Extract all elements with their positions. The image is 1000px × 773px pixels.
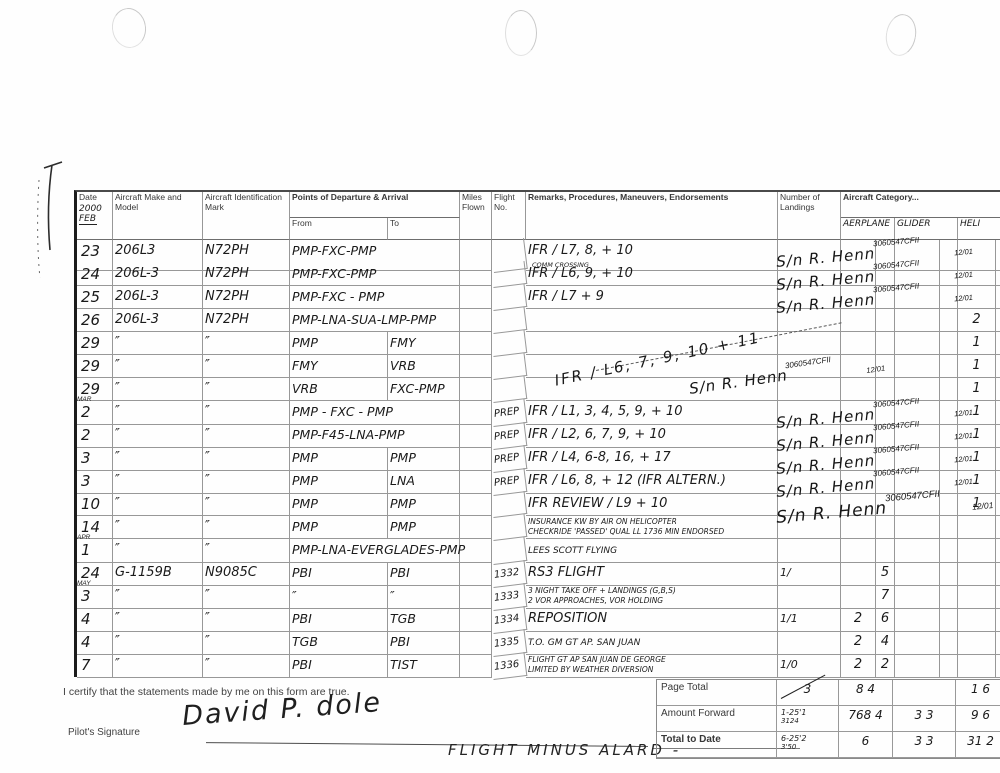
route-cell: PMP-LNA-EVERGLADES-PMP: [290, 539, 460, 563]
category-hours-cell: [841, 493, 876, 516]
category-hours-cell: [841, 562, 876, 586]
header-category-glider: GLIDER: [895, 218, 958, 240]
category-hours-cell: [996, 309, 1000, 332]
to-cell: VRB: [388, 355, 460, 378]
landings-cell: [778, 424, 841, 448]
page-total-landings: 3: [777, 680, 839, 706]
miles-flown-cell: [460, 654, 492, 678]
category-hours-cell: [841, 424, 876, 448]
landings-cell: [778, 263, 841, 286]
header-date: Date 2000 FEB: [77, 192, 113, 240]
landings-cell: 1/1: [778, 608, 841, 632]
category-hours-cell: 1: [958, 332, 996, 355]
amount-forward-note-line2: 3124: [781, 717, 834, 725]
ident-mark-cell: ″: [203, 424, 290, 448]
ident-mark-cell: ″: [203, 332, 290, 355]
category-hours-cell: [876, 516, 895, 539]
bottom-handwritten-note: FLIGHT MINUS ALARD -: [448, 741, 681, 759]
from-cell: PMP: [290, 516, 388, 539]
logbook-table: Date 2000 FEB Aircraft Make and Model Ai…: [74, 190, 1000, 677]
header-category: Aircraft Category...: [841, 192, 1000, 218]
category-hours-cell: [958, 539, 996, 563]
date-cell: MAY3: [77, 585, 113, 609]
category-hours-cell: [876, 309, 895, 332]
make-model-cell: ″: [113, 516, 203, 539]
miles-flown-cell: [460, 263, 492, 286]
category-hours-cell: [958, 263, 996, 286]
category-hours-cell: [876, 378, 895, 401]
category-hours-cell: [940, 309, 958, 332]
category-hours-cell: [876, 263, 895, 286]
date-cell: 26: [77, 309, 113, 332]
remarks-cell: IFR / L1, 3, 4, 5, 9, + 10: [526, 401, 778, 425]
table-header: Date 2000 FEB Aircraft Make and Model Ai…: [77, 192, 1000, 240]
to-cell: PMP: [388, 516, 460, 539]
miles-flown-cell: [460, 493, 492, 516]
category-hours-cell: [876, 470, 895, 494]
amount-forward-label: Amount Forward: [657, 706, 777, 732]
table-row: 14″″PMPPMPINSURANCE KW BY AIR ON HELICOP…: [77, 516, 1000, 539]
category-hours-cell: [895, 332, 940, 355]
header-date-label: Date: [79, 192, 97, 202]
date-cell: 29: [77, 332, 113, 355]
date-cell: 25: [77, 286, 113, 309]
category-hours-cell: [996, 631, 1000, 655]
category-hours-cell: [895, 493, 940, 516]
table-row: MAR2″″PMP - FXC - PMPPREPIFR / L1, 3, 4,…: [77, 401, 1000, 424]
category-hours-cell: [940, 263, 958, 286]
totals-box: Page Total 3 8 4 1 6 Amount Forward 1-25…: [656, 679, 1000, 759]
header-landings: Number of Landings: [778, 192, 841, 240]
remarks-cell: IFR / L6, 9, + 10: [526, 263, 778, 286]
miles-flown-cell: [460, 332, 492, 355]
to-cell: TIST: [388, 654, 460, 678]
category-hours-cell: 2: [841, 608, 876, 632]
category-hours-cell: [876, 286, 895, 309]
miles-flown-cell: [460, 585, 492, 609]
date-cell: 4: [77, 608, 113, 632]
category-hours-cell: [958, 608, 996, 632]
remarks-cell: IFR / L7 + 9: [526, 286, 778, 309]
route-cell: PMP-LNA-SUA-LMP-PMP: [290, 309, 460, 332]
ident-mark-cell: ″: [203, 447, 290, 471]
category-hours-cell: [841, 355, 876, 378]
to-cell: PBI: [388, 562, 460, 586]
date-value: 2: [79, 425, 110, 445]
category-hours-cell: [958, 562, 996, 586]
remarks-cell: 3 NIGHT TAKE OFF + LANDINGS (G,B,S)2 VOR…: [526, 585, 778, 609]
total-to-date-glider: 3 3: [893, 732, 956, 758]
to-cell: LNA: [388, 470, 460, 494]
category-hours-cell: [895, 447, 940, 471]
landings-cell: [778, 539, 841, 563]
remark-line-2: LIMITED BY WEATHER DIVERSION: [528, 665, 775, 675]
miles-flown-cell: [460, 631, 492, 655]
category-hours-cell: [940, 516, 958, 539]
make-model-cell: 206L-3: [113, 263, 203, 286]
page-total-label: Page Total: [657, 680, 777, 706]
category-hours-cell: [940, 378, 958, 401]
category-hours-cell: [958, 631, 996, 655]
category-hours-cell: [940, 493, 958, 516]
make-model-cell: ″: [113, 585, 203, 609]
table-row: 3″″PMPLNAPREPIFR / L6, 8, + 12 (IFR ALTE…: [77, 470, 1000, 493]
remark-line: FLIGHT GT AP SAN JUAN DE GEORGE: [528, 655, 775, 665]
total-to-date-note-line1: 6-25'2: [781, 734, 834, 743]
route-cell: PMP-F45-LNA-PMP: [290, 424, 460, 448]
table-row: 29″″FMYVRB1: [77, 355, 1000, 378]
date-value: 24: [79, 264, 110, 284]
header-category-airplane: AERPLANE: [841, 218, 895, 240]
month-label: MAR: [77, 396, 91, 403]
remark-line: IFR REVIEW / L9 + 10: [528, 494, 667, 514]
category-hours-cell: [940, 447, 958, 471]
header-make: Aircraft Make and Model: [113, 192, 203, 240]
remark-line: IFR / L4, 6-8, 16, + 17: [528, 448, 671, 468]
make-model-cell: ″: [113, 355, 203, 378]
from-cell: PMP: [290, 447, 388, 471]
total-to-date-helicopter: 31 2: [956, 732, 1000, 758]
remark-line-2: CHECKRIDE 'PASSED' QUAL LL 1736 MIN ENDO…: [528, 527, 775, 537]
remarks-cell: T.O. GM GT AP. SAN JUAN: [526, 631, 778, 655]
total-to-date-airplane: 6: [839, 732, 893, 758]
landings-cell: [778, 631, 841, 655]
category-hours-cell: [876, 447, 895, 471]
date-value: 4: [79, 632, 110, 652]
ident-mark-cell: ″: [203, 631, 290, 655]
category-hours-cell: [895, 378, 940, 401]
remarks-cell: LEES SCOTT FLYING: [526, 539, 778, 563]
category-hours-cell: [996, 608, 1000, 632]
make-model-cell: 206L-3: [113, 309, 203, 332]
category-hours-cell: [940, 562, 958, 586]
make-model-cell: ″: [113, 424, 203, 448]
remark-line: 3 NIGHT TAKE OFF + LANDINGS (G,B,S): [528, 586, 775, 596]
date-cell: 3: [77, 447, 113, 471]
remark-line: REPOSITION: [528, 609, 607, 629]
landings-cell: [778, 401, 841, 425]
category-hours-cell: 7: [876, 585, 895, 609]
ident-mark-cell: ″: [203, 378, 290, 401]
category-hours-cell: [940, 654, 958, 678]
landings-cell: [778, 355, 841, 378]
category-hours-cell: [895, 355, 940, 378]
header-from: From: [290, 218, 388, 240]
table-body: 23206L3N72PHPMP-FXC-PMPIFR / L7, 8, + 10…: [77, 240, 1000, 677]
header-category-helicopter: HELI: [958, 218, 1000, 240]
category-hours-cell: [876, 332, 895, 355]
category-hours-cell: [895, 263, 940, 286]
date-cell: 29: [77, 355, 113, 378]
category-hours-cell: [996, 447, 1000, 471]
from-cell: PBI: [290, 608, 388, 632]
category-hours-cell: [996, 562, 1000, 586]
make-model-cell: ″: [113, 539, 203, 563]
ident-mark-cell: ″: [203, 539, 290, 563]
remark-line: INSURANCE KW BY AIR ON HELICOPTER: [528, 517, 775, 527]
from-cell: ″: [290, 585, 388, 609]
to-cell: PBI: [388, 631, 460, 655]
from-cell: PBI: [290, 654, 388, 678]
category-hours-cell: [940, 608, 958, 632]
remarks-cell: IFR / L4, 6-8, 16, + 17: [526, 447, 778, 471]
category-hours-cell: [895, 539, 940, 563]
make-model-cell: ″: [113, 378, 203, 401]
date-cell: 3: [77, 470, 113, 494]
ident-mark-cell: N72PH: [203, 309, 290, 332]
remarks-cell: REPOSITION: [526, 608, 778, 632]
category-hours-cell: [841, 516, 876, 539]
date-value: 29: [79, 333, 110, 353]
date-cell: 24: [77, 263, 113, 286]
miles-flown-cell: [460, 424, 492, 448]
category-hours-cell: [996, 286, 1000, 309]
remark-line-2: 2 VOR APPROACHES, VOR HOLDING: [528, 596, 775, 606]
page-total-glider: [893, 680, 956, 706]
category-hours-cell: [841, 332, 876, 355]
category-hours-cell: [876, 401, 895, 425]
category-hours-cell: [958, 286, 996, 309]
total-to-date-note-line2: 3'50: [781, 743, 834, 751]
date-value: 3: [79, 448, 110, 468]
category-hours-cell: 1: [958, 470, 996, 494]
date-value: 3: [79, 586, 110, 606]
make-model-cell: ″: [113, 654, 203, 678]
miles-flown-cell: [460, 516, 492, 539]
header-to: To: [388, 218, 460, 240]
from-cell: PMP: [290, 332, 388, 355]
ident-mark-cell: ″: [203, 355, 290, 378]
category-hours-cell: [940, 401, 958, 425]
category-hours-cell: [996, 355, 1000, 378]
remark-line: IFR / L6, 9, + 10: [528, 264, 633, 284]
remarks-cell: FLIGHT GT AP SAN JUAN DE GEORGELIMITED B…: [526, 654, 778, 678]
category-hours-cell: 1: [958, 355, 996, 378]
date-value: 29: [79, 356, 110, 376]
date-cell: 10: [77, 493, 113, 516]
table-row: MAY3″″″″13333 NIGHT TAKE OFF + LANDINGS …: [77, 585, 1000, 608]
remark-line: IFR / L7 + 9: [528, 287, 604, 307]
miles-flown-cell: [460, 539, 492, 563]
table-row: 7″″PBITIST1336FLIGHT GT AP SAN JUAN DE G…: [77, 654, 1000, 677]
category-hours-cell: [940, 539, 958, 563]
route-cell: PMP - FXC - PMP: [290, 401, 460, 425]
make-model-cell: 206L-3: [113, 286, 203, 309]
total-to-date-note: 6-25'2 3'50: [777, 732, 839, 758]
remarks-cell: IFR REVIEW / L9 + 10: [526, 493, 778, 516]
category-hours-cell: [996, 332, 1000, 355]
miles-flown-cell: [460, 378, 492, 401]
to-cell: FMY: [388, 332, 460, 355]
page-total-airplane: 8 4: [839, 680, 893, 706]
category-hours-cell: 1: [958, 447, 996, 471]
route-cell: PMP-FXC-PMP: [290, 263, 460, 286]
remark-line: RS3 FLIGHT: [528, 563, 604, 583]
punch-hole-icon: [505, 10, 537, 56]
route-cell: PMP-FXC - PMP: [290, 286, 460, 309]
category-hours-cell: [895, 608, 940, 632]
table-row: 23206L3N72PHPMP-FXC-PMPIFR / L7, 8, + 10…: [77, 240, 1000, 263]
category-hours-cell: [841, 539, 876, 563]
category-hours-cell: [876, 355, 895, 378]
to-cell: PMP: [388, 447, 460, 471]
category-hours-cell: [940, 332, 958, 355]
category-hours-cell: [958, 585, 996, 609]
make-model-cell: ″: [113, 608, 203, 632]
date-value: 1: [79, 540, 110, 560]
category-hours-cell: [895, 654, 940, 678]
remark-line: IFR / L2, 6, 7, 9, + 10: [528, 425, 666, 445]
from-cell: TGB: [290, 631, 388, 655]
table-row: 24206L-3N72PHPMP-FXC-PMPIFR / L6, 9, + 1…: [77, 263, 1000, 286]
month-label: APR: [77, 534, 90, 541]
date-value: 26: [79, 310, 110, 330]
header-flight-no: Flight No.: [492, 192, 526, 240]
miles-flown-cell: [460, 447, 492, 471]
remark-line: IFR / L1, 3, 4, 5, 9, + 10: [528, 402, 682, 422]
landings-cell: [778, 585, 841, 609]
punch-hole-icon: [883, 12, 920, 59]
amount-forward-glider: 3 3: [893, 706, 956, 732]
landings-cell: [778, 286, 841, 309]
category-hours-cell: [841, 447, 876, 471]
scanned-logbook-page: Date 2000 FEB Aircraft Make and Model Ai…: [0, 0, 1000, 773]
from-cell: PMP: [290, 470, 388, 494]
header-points: Points of Departure & Arrival: [290, 192, 460, 218]
category-hours-cell: [940, 286, 958, 309]
handwritten-year: 2000: [79, 204, 110, 214]
table-row: 26206L-3N72PHPMP-LNA-SUA-LMP-PMP2: [77, 309, 1000, 332]
date-value: 4: [79, 609, 110, 629]
category-hours-cell: [895, 631, 940, 655]
make-model-cell: ″: [113, 470, 203, 494]
ident-mark-cell: N9085C: [203, 562, 290, 586]
miles-flown-cell: [460, 355, 492, 378]
table-row: 24G-1159BN9085CPBIPBI1332RS3 FLIGHT1/5: [77, 562, 1000, 585]
category-hours-cell: [841, 263, 876, 286]
table-row: 10″″PMPPMPIFR REVIEW / L9 + 101: [77, 493, 1000, 516]
category-hours-cell: [996, 401, 1000, 425]
category-hours-cell: [940, 470, 958, 494]
miles-flown-cell: [460, 309, 492, 332]
handwritten-month: FEB: [79, 214, 97, 225]
category-hours-cell: 1: [958, 493, 996, 516]
punch-hole-icon: [109, 6, 148, 50]
date-cell: 2: [77, 424, 113, 448]
category-hours-cell: [996, 470, 1000, 494]
landings-cell: [778, 378, 841, 401]
remark-line: IFR / L6, 8, + 12 (IFR ALTERN.): [528, 471, 726, 491]
pilot-signature-label: Pilot's Signature: [68, 727, 140, 738]
category-hours-cell: [940, 631, 958, 655]
make-model-cell: ″: [113, 332, 203, 355]
ident-mark-cell: ″: [203, 516, 290, 539]
remarks-cell: RS3 FLIGHT: [526, 562, 778, 586]
category-hours-cell: 1: [958, 378, 996, 401]
category-hours-cell: 2: [958, 309, 996, 332]
category-hours-cell: [841, 585, 876, 609]
date-value: 23: [79, 241, 110, 261]
category-hours-cell: 2: [841, 631, 876, 655]
category-hours-cell: 5: [876, 562, 895, 586]
ident-mark-cell: ″: [203, 654, 290, 678]
category-hours-cell: 4: [876, 631, 895, 655]
remark-line: IFR / L7, 8, + 10: [528, 241, 633, 261]
date-cell: 4: [77, 631, 113, 655]
miles-flown-cell: [460, 562, 492, 586]
category-hours-cell: [958, 654, 996, 678]
remarks-cell: IFR / L2, 6, 7, 9, + 10: [526, 424, 778, 448]
ident-mark-cell: N72PH: [203, 263, 290, 286]
flight-no-cell: 1336: [491, 652, 528, 680]
category-hours-cell: [996, 654, 1000, 678]
page-total-helicopter: 1 6: [956, 680, 1000, 706]
category-hours-cell: [996, 378, 1000, 401]
table-row: APR1″″PMP-LNA-EVERGLADES-PMPLEES SCOTT F…: [77, 539, 1000, 562]
ident-mark-cell: N72PH: [203, 286, 290, 309]
landings-cell: [778, 516, 841, 539]
category-hours-cell: [996, 539, 1000, 563]
category-hours-cell: 1: [958, 424, 996, 448]
ident-mark-cell: ″: [203, 401, 290, 425]
category-hours-cell: [841, 470, 876, 494]
amount-forward-airplane: 768 4: [839, 706, 893, 732]
category-hours-cell: [958, 516, 996, 539]
ident-mark-cell: ″: [203, 585, 290, 609]
category-hours-cell: [940, 585, 958, 609]
to-cell: PMP: [388, 493, 460, 516]
to-cell: FXC-PMP: [388, 378, 460, 401]
category-hours-cell: [841, 378, 876, 401]
from-cell: PMP: [290, 493, 388, 516]
table-row: 25206L-3N72PHPMP-FXC - PMPIFR / L7 + 9: [77, 286, 1000, 309]
category-hours-cell: [940, 355, 958, 378]
ident-mark-cell: ″: [203, 493, 290, 516]
make-model-cell: ″: [113, 401, 203, 425]
category-hours-cell: [895, 470, 940, 494]
table-row: 29″″PMPFMY1: [77, 332, 1000, 355]
category-hours-cell: [996, 585, 1000, 609]
category-hours-cell: [876, 424, 895, 448]
remarks-cell: IFR / L6, 8, + 12 (IFR ALTERN.): [526, 470, 778, 494]
date-cell: APR1: [77, 539, 113, 563]
table-row: 4″″TGBPBI1335T.O. GM GT AP. SAN JUAN24: [77, 631, 1000, 654]
make-model-cell: ″: [113, 447, 203, 471]
to-cell: ″: [388, 585, 460, 609]
landings-cell: [778, 470, 841, 494]
category-hours-cell: [895, 424, 940, 448]
ident-mark-cell: ″: [203, 470, 290, 494]
table-row: 29″″VRBFXC-PMP1: [77, 378, 1000, 401]
date-value: 2: [79, 402, 110, 422]
table-row: 2″″PMP-F45-LNA-PMPPREPIFR / L2, 6, 7, 9,…: [77, 424, 1000, 447]
from-cell: PBI: [290, 562, 388, 586]
amount-forward-note-line1: 1-25'1: [781, 708, 834, 717]
category-hours-cell: [895, 286, 940, 309]
category-hours-cell: [841, 286, 876, 309]
make-model-cell: ″: [113, 493, 203, 516]
remark-line: LEES SCOTT FLYING: [528, 541, 617, 561]
category-hours-cell: [876, 493, 895, 516]
category-hours-cell: [996, 424, 1000, 448]
make-model-cell: G-1159B: [113, 562, 203, 586]
header-remarks: Remarks, Procedures, Maneuvers, Endorsem…: [526, 192, 778, 240]
category-hours-cell: [940, 424, 958, 448]
amount-forward-helicopter: 9 6: [956, 706, 1000, 732]
remarks-cell: [526, 309, 778, 332]
month-label: MAY: [77, 580, 91, 587]
landings-cell: [778, 447, 841, 471]
